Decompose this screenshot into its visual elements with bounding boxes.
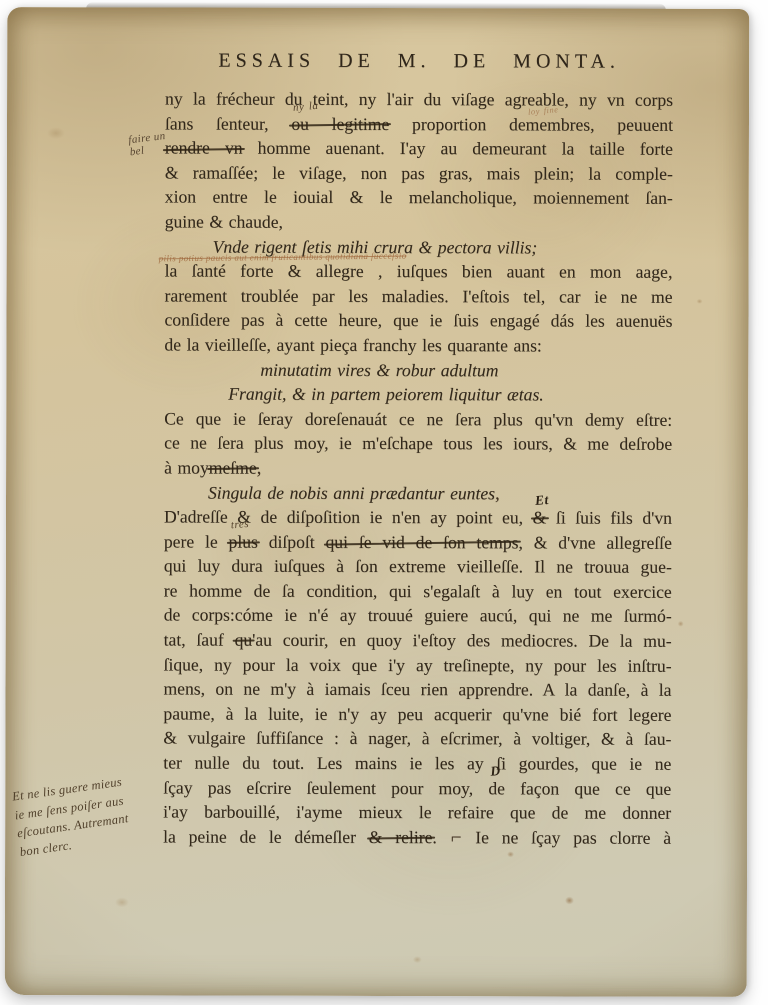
running-header: ESSAIS DE M. DE MONTA. — [165, 47, 673, 74]
text-line: à moymeſme, — [164, 455, 672, 481]
printed-text: rarement troublée par les maladies. I'eſ… — [165, 285, 673, 306]
printed-text: ny la frécheur du teint, ny l'air du viſ… — [165, 88, 673, 109]
printed-text: Singula de nobis anni prædantur euntes — [208, 482, 495, 503]
paper-stain — [678, 621, 684, 627]
printed-text: qui luy dura iuſques à ſon extreme vieil… — [164, 556, 672, 577]
annotated-word: deD — [488, 778, 505, 798]
printed-text: mens, on ne m'y à iamais ſceu rien appre… — [163, 679, 671, 700]
printed-text: & ramaſſée; le viſage, non pas gras, mai… — [165, 162, 673, 183]
text-line: Singula de nobis anni prædantur euntes, — [164, 480, 672, 506]
printed-text: 'au courir, en quoy i'eſtoy des mediocre… — [252, 630, 672, 651]
printed-text: façon que ce que — [505, 778, 671, 798]
printed-text: diſpoſt — [258, 531, 326, 551]
text-line: re homme de ſa condition, qui s'egalaſt … — [164, 578, 672, 604]
printed-text: guine & chaude, — [165, 211, 283, 231]
handwritten-insertion: loy fine — [527, 104, 558, 118]
paper-stain — [565, 896, 574, 904]
annotated-word: &Et — [533, 508, 547, 528]
printed-text: D'adreſſe & de diſpoſition ie n'en ay po… — [164, 507, 533, 528]
text-line: ſique, ny pour la voix que i'y ay treſin… — [164, 652, 672, 678]
printed-text: tat, ſauf — [164, 630, 235, 650]
handwritten-insertion: ny la — [293, 100, 319, 113]
text-line: de corps:cóme ie n'é ay trouué guiere au… — [164, 603, 672, 629]
handwritten-mark: , — [668, 262, 673, 283]
paper-stain — [47, 127, 65, 139]
text-line: rendre vn homme auenant. I'ay au demeura… — [165, 136, 673, 162]
printed-text: ter nulle du tout. Les mains ie les ay ſ… — [163, 752, 671, 773]
text-block-lines: ny la frécheur du teint, ny l'air du viſ… — [163, 86, 673, 850]
printed-text: de corps:cóme ie n'é ay trouué guiere au… — [164, 605, 672, 626]
text-line: guine & chaude, — [165, 209, 673, 235]
handwritten-mark: ⌐ — [450, 827, 463, 848]
struck-text: plus — [229, 531, 258, 551]
handwritten-insertion: tres — [230, 519, 249, 531]
printed-text: Frangit, & in partem peiorem liquitur æt… — [228, 384, 543, 405]
handwritten-insertion: Et — [534, 494, 549, 506]
book-page: ESSAIS DE M. DE MONTA. ny la frécheur du… — [5, 7, 750, 997]
printed-text: paume, à la luite, ie n'y ay peu acqueri… — [163, 703, 671, 724]
paper-stain — [507, 851, 514, 857]
annotated-word: ou legitimeny la — [291, 113, 389, 133]
printed-text: , & d'vne allegreſſe — [518, 532, 671, 552]
text-line: qui luy dura iuſques à ſon extreme vieil… — [164, 554, 672, 580]
printed-text: pere le — [164, 531, 229, 551]
struck-text: & relire — [369, 827, 433, 847]
printed-text: re homme de ſa condition, qui s'egalaſt … — [164, 580, 672, 601]
text-line: ſçay pas eſcrire ſeulement pour moy, deD… — [163, 775, 671, 801]
text-line: conſidere pas à cette heure, que ie ſuis… — [164, 308, 672, 334]
text-line: rarement troublée par les maladies. I'eſ… — [165, 283, 673, 309]
scan-canvas: ESSAIS DE M. DE MONTA. ny la frécheur du… — [0, 0, 768, 1005]
text-line: i'ay barbouillé, i'ayme mieux le refaire… — [163, 800, 671, 826]
printed-text: Ie ne ſçay pas clorre à — [462, 827, 671, 848]
printed-text: conſidere pas à cette heure, que ie ſuis… — [164, 310, 672, 331]
printed-text: proportion de — [389, 114, 525, 134]
printed-text: ſçay pas eſcrire ſeulement pour moy, — [163, 777, 488, 798]
printed-text: ce ne ſera plus moy, ie m'eſchape tous l… — [164, 433, 672, 454]
text-line: minutatim vires & robur adultum — [164, 357, 672, 383]
printed-text: , peuuent — [590, 114, 673, 134]
text-line: de la vieilleſſe, ayant pieça franchy le… — [164, 332, 672, 358]
annotated-word: plustres — [229, 531, 258, 551]
text-line: paume, à la luite, ie n'y ay peu acqueri… — [163, 701, 671, 727]
printed-text: homme auenant. I'ay au demeurant la tail… — [243, 138, 673, 159]
printed-text: la ſanté forte & allegre , iuſques bien … — [165, 261, 668, 282]
paper-stain — [697, 299, 703, 304]
printed-text: . — [432, 827, 449, 847]
struck-text: ou legitime — [291, 113, 389, 133]
text-line: la peine de le démeſler & relire. ⌐ Ie n… — [163, 824, 671, 850]
text-line: & vulgaire ſuffiſance : à nager, à eſcri… — [163, 726, 671, 752]
printed-text: ſique, ny pour la voix que i'y ay treſin… — [164, 654, 672, 675]
text-line: Ce que ie ſeray doreſenauát ce ne ſera p… — [164, 406, 672, 432]
paper-stain — [413, 956, 422, 963]
handwritten-insertion: D — [490, 765, 501, 777]
text-line: mens, on ne m'y à iamais ſceu rien appre… — [163, 677, 671, 703]
printed-text: de — [488, 778, 505, 798]
printed-text: ſans ſenteur, — [165, 113, 291, 133]
text-line: ny la frécheur du teint, ny l'air du viſ… — [165, 86, 673, 112]
text-line: Frangit, & in partem peiorem liquitur æt… — [164, 382, 672, 408]
text-block: ESSAIS DE M. DE MONTA. ny la frécheur du… — [163, 47, 673, 850]
printed-text: de la vieilleſſe, ayant pieça franchy le… — [164, 334, 541, 355]
text-line: & ramaſſée; le viſage, non pas gras, mai… — [165, 160, 673, 186]
text-line: ce ne ſera plus moy, ie m'eſchape tous l… — [164, 431, 672, 457]
printed-text: à moy — [164, 457, 209, 477]
printed-text: ſi ſuis fils d'vn — [546, 508, 672, 528]
struck-text: qui ſe vid de ſon temps — [325, 532, 518, 553]
text-line: tat, ſauf qu'au courir, en quoy i'eſtoy … — [164, 628, 672, 654]
struck-text: qu — [235, 630, 253, 650]
handwritten-mark: , — [495, 483, 500, 504]
paper-stain — [115, 897, 129, 907]
printed-text: i'ay barbouillé, i'ayme mieux le refaire… — [163, 802, 671, 823]
printed-text: Ce que ie ſeray doreſenauát ce ne ſera p… — [164, 408, 672, 429]
text-line: ſans ſenteur, ou legitimeny la proportio… — [165, 111, 673, 137]
printed-text: xion entre le iouial & le melancholique,… — [165, 187, 673, 208]
struck-text: meſme — [209, 457, 257, 477]
text-line: ter nulle du tout. Les mains ie les ay ſ… — [163, 750, 671, 776]
printed-text: minutatim vires & robur adultum — [260, 359, 498, 380]
text-line: pere le plustres diſpoſt qui ſe vid de ſ… — [164, 529, 672, 555]
text-line: la ſanté forte & allegre , iuſques bien … — [165, 259, 673, 285]
annotated-word: membresloy fine — [526, 114, 591, 134]
printed-text: & vulgaire ſuffiſance : à nager, à eſcri… — [163, 728, 671, 749]
text-line: xion entre le iouial & le melancholique,… — [165, 185, 673, 211]
struck-text: & — [533, 508, 547, 528]
